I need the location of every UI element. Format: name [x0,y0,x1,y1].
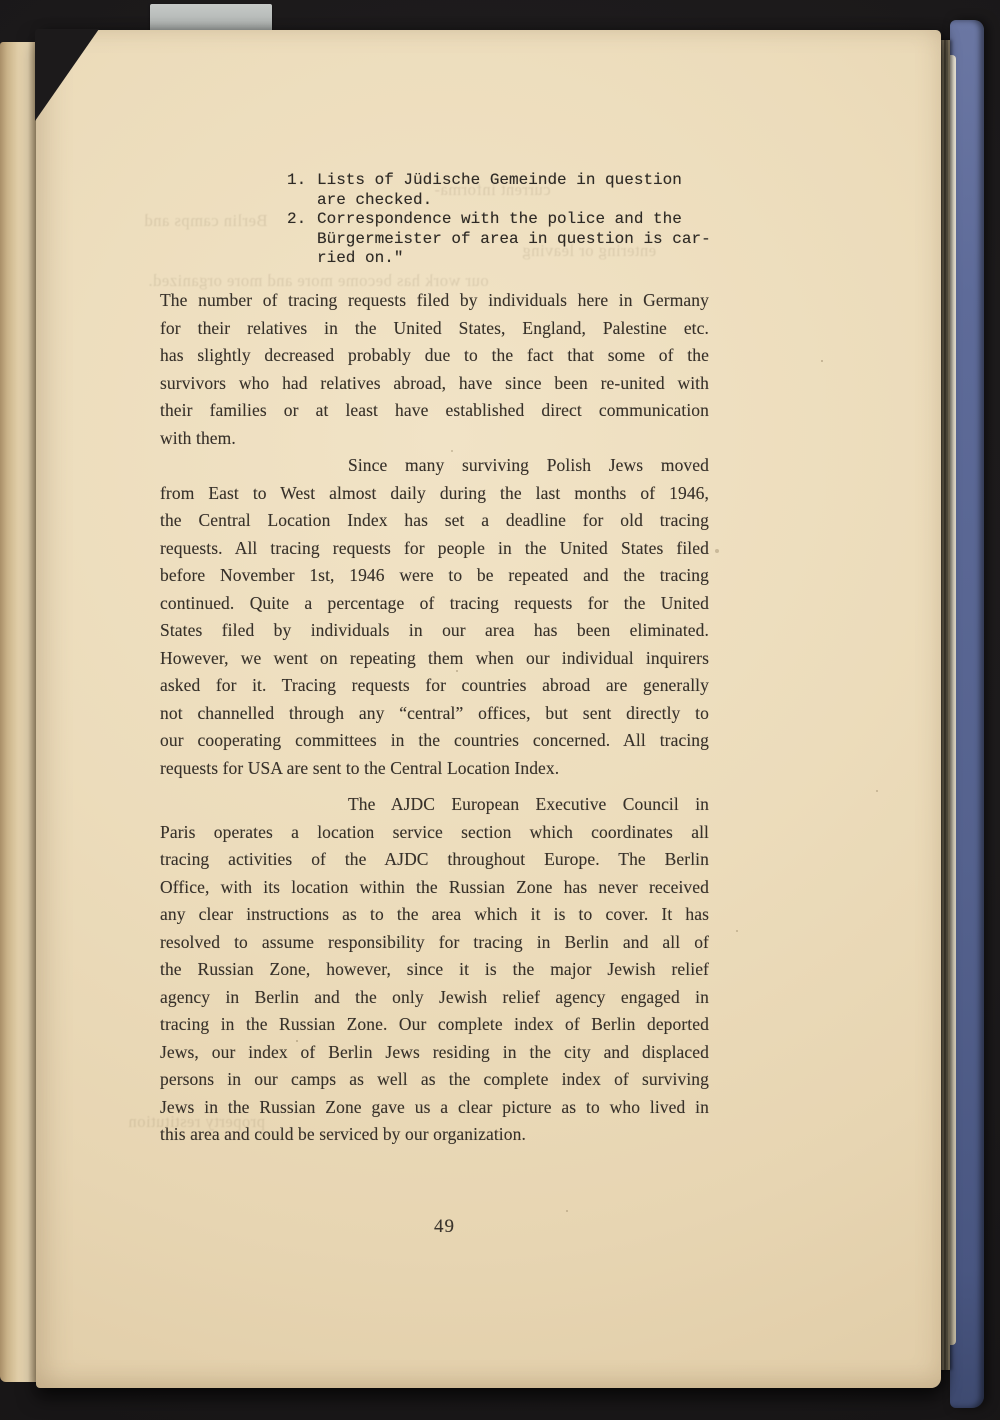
text-line: States filed by individuals in our area … [160,617,709,645]
typewritten-line: Correspondence with the police and the [317,210,723,230]
text-line: with them. [160,425,709,453]
text-line: their families or at least have establis… [160,397,709,425]
text-line: Office, with its location within the Rus… [160,874,709,902]
typewritten-line: Bürgermeister of area in question is car… [317,230,723,250]
typewritten-item-marker: 2. [287,210,306,230]
text-line: Jews, our index of Berlin Jews residing … [160,1039,709,1067]
bleedthrough-fragment: Berlin camps and [144,211,267,231]
text-line: survivors who had relatives abroad, have… [160,370,709,398]
page-number: 49 [434,1216,455,1238]
text-line: not channelled through any “central” off… [160,700,709,728]
page-corner-shadow [35,29,99,121]
typewritten-item: 1.Lists of Jüdische Gemeinde in question… [287,171,723,210]
text-line: for their relatives in the United States… [160,315,709,343]
typewritten-item-marker: 1. [287,171,306,191]
text-line: Paris operates a location service sectio… [160,819,709,847]
text-line: requests. All tracing requests for peopl… [160,535,709,563]
text-line: requests for USA are sent to the Central… [160,755,709,783]
text-line: Since many surviving Polish Jews moved [160,452,709,480]
text-line: However, we went on repeating them when … [160,645,709,673]
paragraph: Since many surviving Polish Jews movedfr… [160,452,709,782]
book-page: current informa-Berlin camps andentering… [36,30,941,1388]
text-line: from East to West almost daily during th… [160,480,709,508]
text-line: The AJDC European Executive Council in [160,791,709,819]
text-line: tracing in the Russian Zone. Our complet… [160,1011,709,1039]
text-line: this area and could be serviced by our o… [160,1121,709,1149]
paragraph: The AJDC European Executive Council inPa… [160,791,709,1149]
typewritten-item: 2.Correspondence with the police and the… [287,210,723,269]
text-line: persons in our camps as well as the comp… [160,1066,709,1094]
scanned-book-photo: current informa-Berlin camps andentering… [0,0,1000,1420]
typewritten-block: 1.Lists of Jüdische Gemeinde in question… [287,171,723,269]
text-line: asked for it. Tracing requests for count… [160,672,709,700]
text-line: before November 1st, 1946 were to be rep… [160,562,709,590]
text-line: The number of tracing requests filed by … [160,287,709,315]
text-line: our cooperating committees in the countr… [160,727,709,755]
paragraph: The number of tracing requests filed by … [160,287,709,452]
body-text: The number of tracing requests filed by … [160,287,709,1149]
text-line: tracing activities of the AJDC throughou… [160,846,709,874]
typewritten-line: Lists of Jüdische Gemeinde in question [317,171,723,191]
text-line: the Russian Zone, however, since it is t… [160,956,709,984]
text-line: resolved to assume responsibility for tr… [160,929,709,957]
text-line: continued. Quite a percentage of tracing… [160,590,709,618]
typewritten-line: are checked. [317,191,723,211]
text-line: any clear instructions as to the area wh… [160,901,709,929]
text-line: the Central Location Index has set a dea… [160,507,709,535]
text-line: agency in Berlin and the only Jewish rel… [160,984,709,1012]
text-line: has slightly decreased probably due to t… [160,342,709,370]
page-edge-stack-left [0,42,40,1382]
text-line: Jews in the Russian Zone gave us a clear… [160,1094,709,1122]
typewritten-line: ried on." [317,249,723,269]
